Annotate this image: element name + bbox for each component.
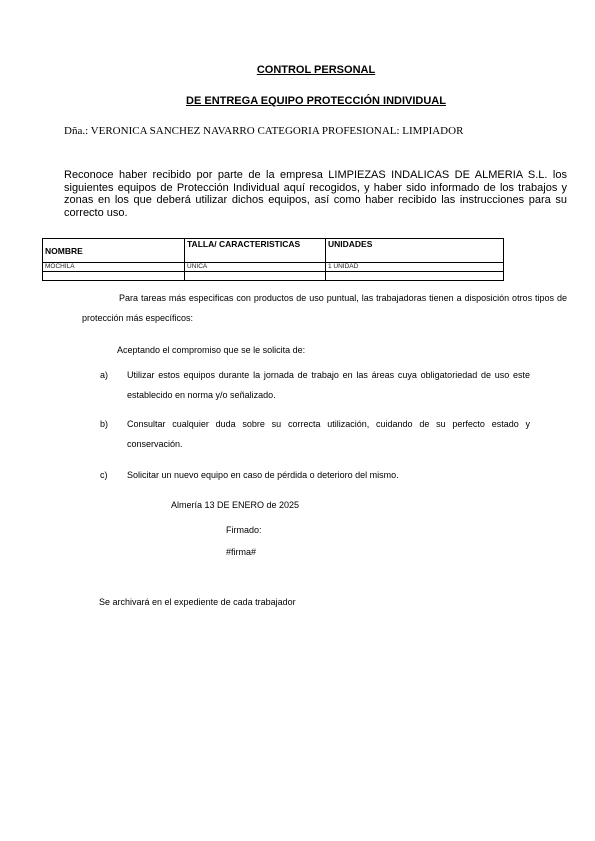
place-date: Almería 13 DE ENERO de 2025 xyxy=(171,500,299,510)
document-title: CONTROL PERSONAL xyxy=(0,64,595,76)
signature-placeholder: #firma# xyxy=(226,547,256,557)
commitment-label: a) xyxy=(100,365,108,385)
cell-unidades xyxy=(326,272,504,281)
table-row: MOCHILA UNICA 1 UNIDAD xyxy=(43,263,504,272)
header-nombre: NOMBRE xyxy=(43,239,185,263)
signed-label: Firmado: xyxy=(226,525,262,535)
table-row xyxy=(43,272,504,281)
commitment-text: Solicitar un nuevo equipo en caso de pér… xyxy=(127,465,530,485)
header-talla: TALLA/ CARACTERISTICAS xyxy=(185,239,326,263)
archive-note: Se archivará en el expediente de cada tr… xyxy=(99,597,296,607)
holder-line: Dña.: VERONICA SANCHEZ NAVARRO CATEGORIA… xyxy=(64,125,463,137)
cell-talla: UNICA xyxy=(185,263,326,272)
commitment-label: b) xyxy=(100,414,108,434)
document-subtitle: DE ENTREGA EQUIPO PROTECCIÓN INDIVIDUAL xyxy=(0,95,595,107)
cell-nombre: MOCHILA xyxy=(43,263,185,272)
cell-nombre xyxy=(43,272,185,281)
ppe-table: NOMBRE TALLA/ CARACTERISTICAS UNIDADES M… xyxy=(42,238,504,281)
cell-talla xyxy=(185,272,326,281)
table-header-row: NOMBRE TALLA/ CARACTERISTICAS UNIDADES xyxy=(43,239,504,263)
cell-unidades: 1 UNIDAD xyxy=(326,263,504,272)
header-unidades: UNIDADES xyxy=(326,239,504,263)
accept-line: Aceptando el compromiso que se le solici… xyxy=(117,345,305,355)
commitment-text: Consultar cualquier duda sobre su correc… xyxy=(127,414,530,454)
intro-paragraph: Reconoce haber recibido por parte de la … xyxy=(64,169,567,219)
commitment-text: Utilizar estos equipos durante la jornad… xyxy=(127,365,530,405)
specific-protection-paragraph: Para tareas más especificas con producto… xyxy=(82,288,567,328)
commitment-label: c) xyxy=(100,465,108,485)
